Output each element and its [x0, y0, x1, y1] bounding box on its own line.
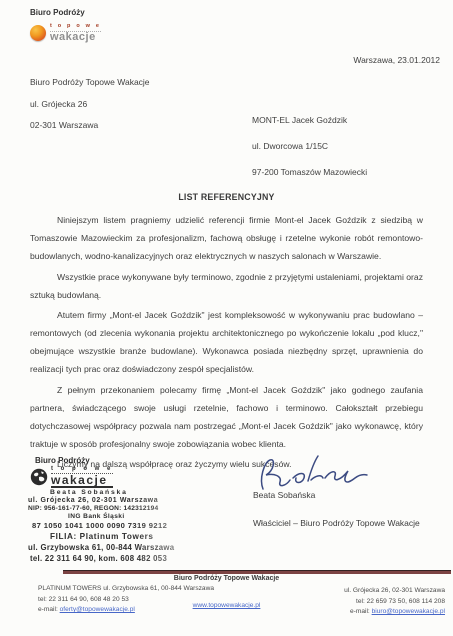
stamp-nip-regon: NIP: 956-161-77-60, REGON: 142312194 — [28, 505, 233, 512]
recipient-line: ul. Dworcowa 1/15C — [252, 133, 367, 159]
paragraph: Atutem firmy „Mont-el Jacek Goździk" jes… — [30, 306, 423, 378]
stamp-bank-name: ING Bank Śląski — [68, 513, 233, 520]
paragraph: Wszystkie prace wykonywane były terminow… — [30, 268, 423, 304]
globe-icon — [30, 468, 48, 486]
stamp-logo: t o p o w e wakacje — [30, 466, 233, 488]
company-stamp: Biuro Podróży t o p o w e wakacje Beata … — [28, 456, 233, 563]
recipient-address-block: MONT-EL Jacek Goździk ul. Dworcowa 1/15C… — [252, 107, 367, 185]
footer-company-name: Biuro Podróży Topowe Wakacje — [0, 575, 453, 582]
stamp-brand: Biuro Podróży — [35, 456, 233, 465]
dateline: Warszawa, 23.01.2012 — [353, 55, 440, 65]
recipient-line: 97-200 Tomaszów Mazowiecki — [252, 159, 367, 185]
sender-address-block: Biuro Podróży Topowe Wakacje ul. Grójeck… — [30, 72, 150, 137]
sender-line: 02-301 Warszawa — [30, 115, 150, 137]
letter-body: Niniejszym listem pragniemy udzielić ref… — [30, 211, 423, 476]
recipient-line: MONT-EL Jacek Goździk — [252, 107, 367, 133]
sun-sphere-icon — [30, 25, 46, 41]
header-brand-name: Biuro Podróży — [30, 8, 85, 17]
stamp-branch-phone: tel. 22 311 64 90, kom. 608 482 053 — [30, 554, 233, 563]
footer-right-line: ul. Grójecka 26, 02-301 Warszawa — [344, 586, 445, 597]
stamp-branch: FILIA: Platinum Towers — [50, 532, 233, 541]
footer-right-email-link[interactable]: biuro@topowewakacje.pl — [372, 608, 445, 615]
stamp-owner-name: Beata Sobańska — [50, 489, 233, 496]
footer-left-address: PLATINUM TOWERS ul. Grzybowska 61, 00-84… — [38, 584, 214, 616]
reference-letter-page: Biuro Podróży t o p o w e wakacje Warsza… — [0, 0, 453, 636]
sender-line: Biuro Podróży Topowe Wakacje — [30, 72, 150, 94]
footer-left-line: PLATINUM TOWERS ul. Grzybowska 61, 00-84… — [38, 584, 214, 595]
footer-divider — [63, 570, 451, 574]
company-logo: t o p o w e wakacje — [30, 24, 101, 43]
signatory-name: Beata Sobańska — [253, 490, 315, 500]
stamp-branch-address: ul. Grzybowska 61, 00-844 Warszawa — [28, 543, 233, 552]
stamp-address: ul. Grójecka 26, 02-301 Warszawa — [28, 497, 233, 504]
paragraph: Niniejszym listem pragniemy udzielić ref… — [30, 211, 423, 265]
footer-right-email-label: e-mail: — [350, 608, 372, 615]
stamp-bank-account: 87 1050 1041 1000 0090 7319 9212 — [32, 521, 233, 530]
stamp-logo-wakacje: wakacje — [51, 474, 113, 488]
paragraph: Z pełnym przekonaniem polecamy firmę „Mo… — [30, 381, 423, 453]
sender-line: ul. Grójecka 26 — [30, 94, 150, 116]
signatory-role: Właściciel – Biuro Podróży Topowe Wakacj… — [253, 518, 420, 528]
signature-ink-icon — [253, 453, 373, 495]
footer-website-link[interactable]: www.topowewakacje.pl — [193, 602, 261, 609]
logo-wakacje-text: wakacje — [50, 32, 101, 43]
letter-title: LIST REFERENCYJNY — [0, 192, 453, 202]
